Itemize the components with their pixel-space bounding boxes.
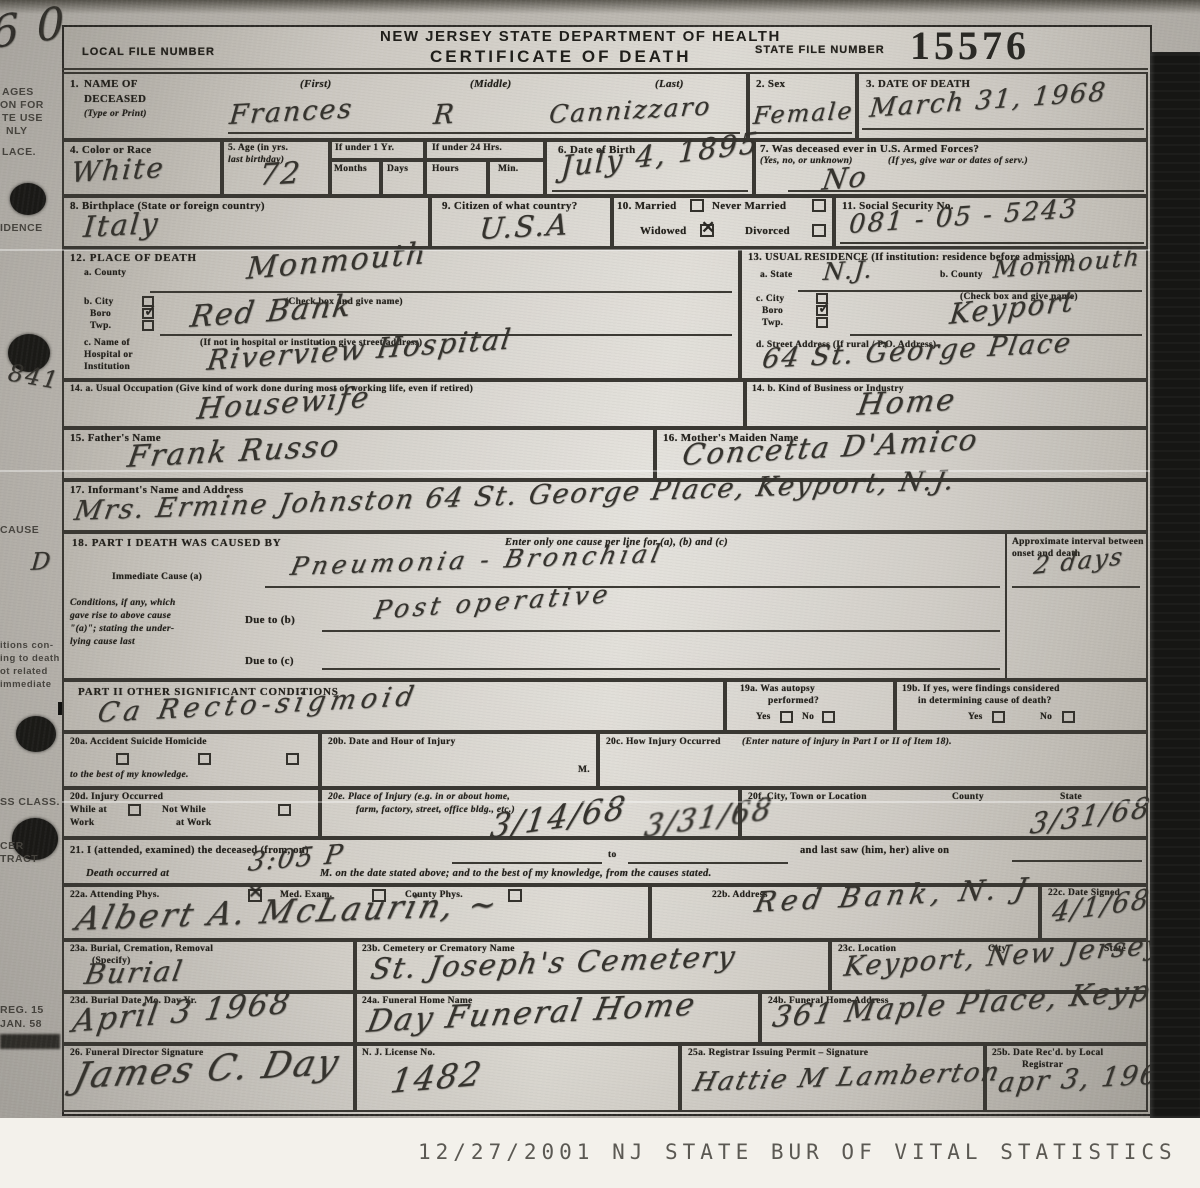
cause-side-note: lying cause last — [70, 637, 135, 647]
cause-side-note: "(a)"; stating the under- — [70, 624, 174, 634]
never-married-label: Never Married — [712, 200, 786, 212]
res-state-label: a. State — [760, 270, 792, 280]
registrar-label: 25a. Registrar Issuing Permit – Signatur… — [688, 1048, 868, 1058]
findings-yes-label: Yes — [968, 712, 983, 722]
res-boro-checkbox — [816, 305, 828, 316]
injury-place-label: 20e. Place of Injury (e.g. in or about h… — [328, 792, 510, 802]
while-at-label: While at — [70, 805, 107, 815]
immediate-cause-label: Immediate Cause (a) — [112, 572, 202, 582]
due-to-b-label: Due to (b) — [245, 614, 295, 626]
field-number: 1. — [70, 78, 79, 90]
margin-fragment: ON FOR — [0, 99, 44, 111]
margin-fragment: LACE. — [2, 146, 36, 158]
attended-line1b: and last saw (him, her) alive on — [800, 845, 949, 856]
cause-title: 18. PART I DEATH WAS CAUSED BY — [72, 537, 282, 549]
state-file-number: 15576 — [910, 22, 1030, 69]
at-work-label: at Work — [176, 818, 211, 828]
injury-county-label: County — [952, 792, 984, 802]
cause-side-note: gave rise to above cause — [70, 611, 171, 621]
margin-fragment: itions con- — [0, 640, 54, 651]
first-label: (First) — [300, 78, 331, 90]
attended-line2b: M. on the date stated above; and to the … — [320, 868, 712, 879]
margin-fragment: ot related — [0, 666, 48, 677]
work-label: Work — [70, 818, 94, 828]
sex-label: 2. Sex — [756, 78, 785, 90]
widowed-checkbox — [700, 224, 714, 237]
pod-county-label: a. County — [84, 268, 126, 278]
burial-label: 23a. Burial, Cremation, Removal — [70, 944, 213, 954]
middle-label: (Middle) — [470, 78, 512, 90]
under-1yr-label: If under 1 Yr. — [335, 143, 394, 153]
days-label: Days — [387, 164, 408, 174]
injury-place-label: farm, factory, street, office bldg., etc… — [356, 805, 515, 815]
homicide-checkbox — [286, 753, 299, 765]
due-to-c-label: Due to (c) — [245, 655, 294, 667]
name-label: NAME OF — [84, 78, 138, 90]
autopsy-no-label: No — [802, 712, 814, 722]
place-of-death-title: 12. PLACE OF DEATH — [70, 252, 197, 264]
margin-fragment: AGES — [2, 86, 34, 98]
age-label: 5. Age (in yrs. — [228, 143, 288, 153]
autopsy-label: performed? — [768, 696, 819, 706]
res-city-label: c. City — [756, 294, 784, 304]
scan-footer-stamp: 12/27/2001 NJ STATE BUR OF VITAL STATIST… — [418, 1140, 1177, 1164]
margin-handwriting-number: 841 — [6, 358, 62, 395]
never-married-checkbox — [812, 199, 826, 212]
res-county-label: b. County — [940, 270, 983, 280]
margin-fragment: IDENCE — [0, 222, 43, 234]
findings-label: 19b. If yes, were findings considered — [902, 684, 1060, 694]
res-state-value: N.J. — [822, 255, 875, 286]
industry-value: Home — [855, 383, 959, 423]
margin-fragment: JAN. 58 — [0, 1018, 42, 1030]
accident-label: 20a. Accident Suicide Homicide — [70, 737, 207, 747]
attended-line2a: Death occurred at — [86, 868, 169, 879]
birthplace-value: Italy — [82, 206, 161, 244]
name-middle-value: R — [432, 99, 457, 131]
pod-hospital-label: Hospital or — [84, 350, 133, 360]
pod-twp-label: Twp. — [90, 321, 111, 331]
last-label: (Last) — [655, 78, 684, 90]
pod-hospital-label: c. Name of — [84, 338, 130, 348]
margin-fragment: immediate — [0, 679, 52, 690]
married-checkbox — [690, 199, 704, 212]
under-24hrs-label: If under 24 Hrs. — [432, 143, 502, 153]
license-label: N. J. License No. — [362, 1048, 435, 1058]
local-file-number-label: LOCAL FILE NUMBER — [82, 46, 215, 58]
armed-forces-label: 7. Was deceased ever in U.S. Armed Force… — [760, 143, 979, 155]
months-label: Months — [334, 164, 367, 174]
res-boro-label: Boro — [762, 306, 783, 316]
margin-fragment: REG. 15 — [0, 1004, 44, 1016]
date-received-label: 25b. Date Rec'd. by Local — [992, 1048, 1103, 1058]
attended-to-label: to — [608, 850, 617, 860]
divorced-checkbox — [812, 224, 826, 237]
injury-work-label: 20d. Injury Occurred — [70, 792, 163, 802]
autopsy-yes-checkbox — [780, 711, 793, 723]
not-while-label: Not While — [162, 805, 206, 815]
margin-fragment: CER — [0, 840, 24, 852]
scan-top-edge — [0, 0, 1200, 14]
race-value: White — [70, 151, 166, 189]
injury-date-label: 20b. Date and Hour of Injury — [328, 737, 456, 747]
header-department: NEW JERSEY STATE DEPARTMENT OF HEALTH — [380, 28, 781, 45]
injury-date-m-label: M. — [578, 765, 590, 775]
name-label: DECEASED — [84, 93, 146, 105]
name-first-value: Frances — [228, 93, 355, 131]
autopsy-no-checkbox — [822, 711, 835, 723]
accident-checkbox — [116, 753, 129, 765]
scanned-death-certificate: 6 0 AGES ON FOR TE USE NLY LACE. IDENCE … — [0, 0, 1200, 1188]
margin-fragment: CAUSE — [0, 524, 39, 536]
autopsy-label: 19a. Was autopsy — [740, 684, 815, 694]
pod-boro-checkbox — [142, 308, 154, 319]
widowed-label: Widowed — [640, 225, 687, 237]
divorced-label: Divorced — [745, 225, 790, 237]
county-phys-checkbox — [508, 889, 522, 902]
sex-value: Female — [752, 97, 855, 130]
header-title: CERTIFICATE OF DEATH — [430, 47, 691, 67]
margin-handwriting-letter: D — [30, 547, 54, 576]
autopsy-yes-label: Yes — [756, 712, 771, 722]
pod-city-label: b. City — [84, 297, 114, 307]
res-twp-checkbox — [816, 317, 828, 328]
findings-label: in determining cause of death? — [918, 696, 1052, 706]
findings-yes-checkbox — [992, 711, 1005, 723]
while-at-work-checkbox — [128, 804, 141, 816]
hours-label: Hours — [432, 164, 459, 174]
not-while-at-work-checkbox — [278, 804, 291, 816]
hole-punch-dot — [16, 716, 56, 752]
suicide-checkbox — [198, 753, 211, 765]
married-label: 10. Married — [617, 200, 677, 212]
margin-fragment: TRACT — [0, 853, 38, 865]
age-value: 72 — [258, 156, 303, 193]
accident-note: to the best of my knowledge. — [70, 770, 189, 780]
injury-how-note: (Enter nature of injury in Part I or II … — [742, 737, 952, 747]
pod-hospital-label: Institution — [84, 362, 130, 372]
ink-smudge — [0, 1034, 60, 1049]
findings-no-checkbox — [1062, 711, 1075, 723]
margin-fragment: TE USE — [2, 112, 43, 124]
injury-how-label: 20c. How Injury Occurred — [606, 737, 721, 747]
state-file-number-label: STATE FILE NUMBER — [755, 44, 885, 56]
name-label: (Type or Print) — [84, 109, 147, 119]
margin-fragment: ing to death — [0, 653, 60, 664]
armed-forces-label: (If yes, give war or dates of serv.) — [888, 156, 1028, 166]
margin-fragment: SS CLASS. — [0, 796, 60, 808]
res-twp-label: Twp. — [762, 318, 783, 328]
pod-twp-checkbox — [142, 320, 154, 331]
margin-fragment: NLY — [6, 125, 28, 137]
citizen-value: U.S.A — [478, 207, 571, 246]
cause-side-note: Conditions, if any, which — [70, 598, 176, 608]
min-label: Min. — [498, 164, 518, 174]
burial-value: Burial — [82, 954, 186, 991]
hole-punch-dot — [10, 183, 46, 215]
findings-no-label: No — [1040, 712, 1052, 722]
margin-handwriting-corner: 6 0 — [0, 0, 67, 59]
pod-boro-label: Boro — [90, 309, 111, 319]
